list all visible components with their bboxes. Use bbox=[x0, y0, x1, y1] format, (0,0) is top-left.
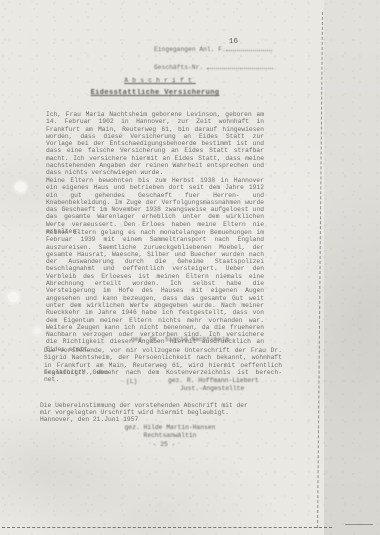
punch-hole bbox=[7, 291, 20, 303]
file-number-line: Geschäfts-Nr. bbox=[154, 62, 274, 71]
attestation-place-date: Hannover, den 21.Juni 1957 bbox=[40, 416, 170, 423]
seal-mark: (L) bbox=[126, 378, 150, 385]
document-subtitle: Eidesstattliche Versicherung bbox=[91, 89, 220, 97]
page-number-mark: - 25 - bbox=[140, 441, 188, 448]
paragraph-1: Ich, Frau Maria Nachtsheim geborene Levi… bbox=[46, 111, 264, 177]
signer-name: gez. Hilde Martin-Hansen bbox=[100, 424, 240, 431]
officer-signature-line1: gez. R. Hoffmann-Liebert bbox=[168, 377, 278, 384]
copy-edge-bottom-line bbox=[2, 527, 332, 528]
certification-place-date: Frankfurt/M., den bbox=[44, 369, 164, 376]
document-subtitle-wrap: Eidesstattliche Versicherung bbox=[85, 89, 225, 97]
officer-signature-line2: Just.-Angestellte bbox=[180, 385, 280, 392]
copy-edge-bottom-dash bbox=[345, 524, 373, 525]
document-title-wrap: Abschrift bbox=[100, 77, 220, 84]
handwritten-number: 16 bbox=[229, 38, 238, 46]
attestation-text: Die Uebereinstimmung der vorstehenden Ab… bbox=[40, 402, 250, 417]
deponent-signature: gez. Dr. Sigrid Nachtsheim bbox=[110, 336, 250, 343]
file-number-label: Geschäfts-Nr. bbox=[154, 64, 203, 71]
file-number-dotted-line bbox=[207, 62, 273, 69]
paragraph-3: Meinen Eltern gelang es nach monatelange… bbox=[46, 229, 264, 353]
punch-hole bbox=[14, 181, 27, 193]
punch-hole bbox=[33, 327, 42, 335]
document-title: Abschrift bbox=[124, 77, 196, 84]
scanned-document-page: Eingegangen Anl. F. 16 Geschäfts-Nr. Abs… bbox=[0, 0, 380, 535]
received-label: Eingegangen Anl. F. bbox=[154, 46, 226, 53]
right-margin-strip bbox=[324, 0, 380, 535]
received-stamp-line: Eingegangen Anl. F. bbox=[154, 44, 274, 53]
paragraph-2: Meine Eltern bewohnten bis zum Herbst 19… bbox=[46, 177, 264, 235]
signer-title: Rechtsanwältin bbox=[100, 432, 240, 439]
